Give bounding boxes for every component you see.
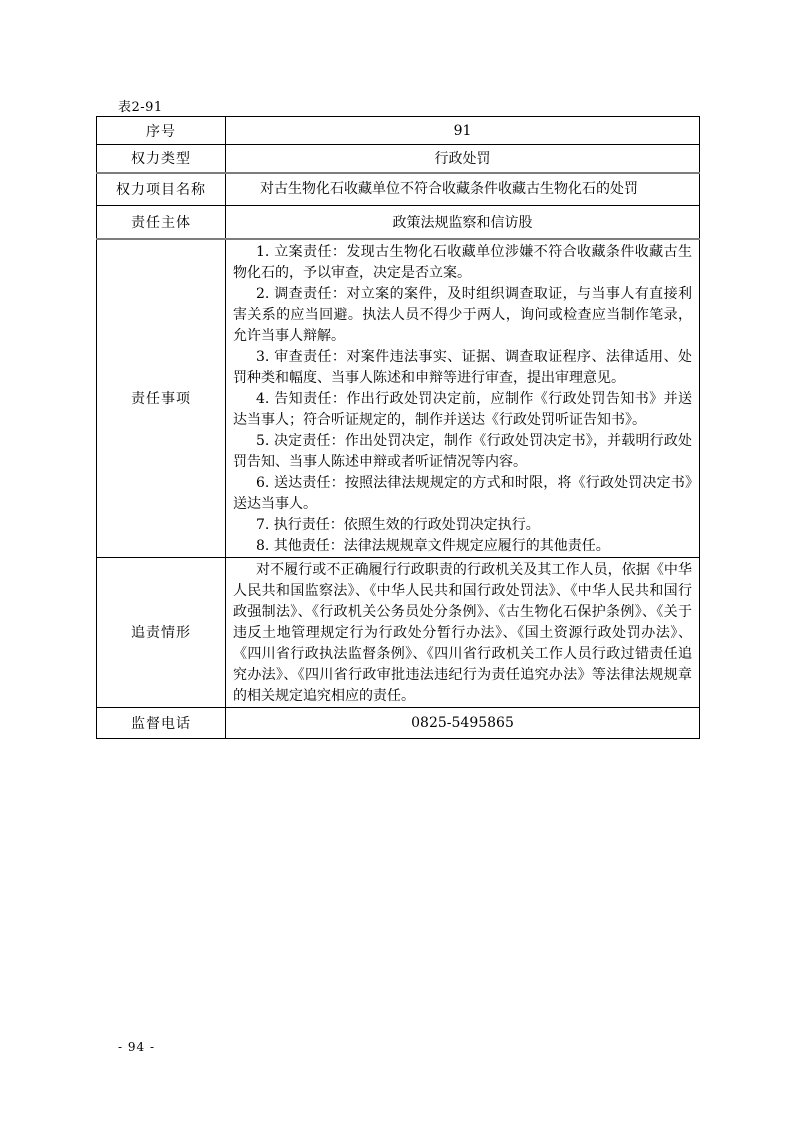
table-row-accountability: 追责情形 对不履行或不正确履行行政职责的行政机关及其工作人员，依据《中华人民共和… [97,557,700,707]
row-label-power-type: 权力类型 [97,145,226,173]
row-value-responsible-entity: 政策法规监察和信访股 [226,206,700,239]
row-label-serial-number: 序号 [97,117,226,145]
row-value-power-type: 行政处罚 [226,145,700,173]
power-item-name-text: 对古生物化石收藏单位不符合收藏条件收藏古生物化石的处罚 [233,180,692,199]
page-number: - 94 - [118,1040,155,1054]
row-label-supervision-phone: 监督电话 [97,707,226,738]
table-row-power-type: 权力类型 行政处罚 [97,145,700,173]
table-row-supervision-phone: 监督电话 0825-5495865 [97,707,700,738]
responsibility-item-8: 8. 其他责任：法律法规规章文件规定应履行的其他责任。 [233,536,692,557]
table-caption: 表2-91 [118,96,163,115]
table-row-responsibility-items: 责任事项 1. 立案责任：发现古生物化石收藏单位涉嫌不符合收藏条件收藏古生物化石… [97,239,700,558]
responsibility-item-1: 1. 立案责任：发现古生物化石收藏单位涉嫌不符合收藏条件收藏古生物化石的，予以审… [233,242,692,284]
responsibility-item-6: 6. 送达责任：按照法律法规规定的方式和时限，将《行政处罚决定书》送达当事人。 [233,473,692,515]
responsibility-item-7: 7. 执行责任：依照生效的行政处罚决定执行。 [233,515,692,536]
row-value-supervision-phone: 0825-5495865 [226,707,700,738]
row-value-accountability: 对不履行或不正确履行行政职责的行政机关及其工作人员，依据《中华人民共和国监察法》… [226,557,700,707]
responsibility-item-3: 3. 审查责任：对案件违法事实、证据、调查取证程序、法律适用、处罚种类和幅度、当… [233,347,692,389]
document-page: 表2-91 序号 91 权力类型 行政处罚 权力项目名称 对古生物化石收藏单位不… [0,0,793,1122]
table-row-responsible-entity: 责任主体 政策法规监察和信访股 [97,206,700,239]
responsibility-item-2: 2. 调查责任：对立案的案件，及时组织调查取证，与当事人有直接利害关系的应当回避… [233,284,692,347]
row-value-power-item-name: 对古生物化石收藏单位不符合收藏条件收藏古生物化石的处罚 [226,173,700,206]
responsibility-item-5: 5. 决定责任：作出处罚决定，制作《行政处罚决定书》，并载明行政处罚告知、当事人… [233,431,692,473]
row-label-responsibility-items: 责任事项 [97,239,226,558]
responsibility-table: 序号 91 权力类型 行政处罚 权力项目名称 对古生物化石收藏单位不符合收藏条件… [96,116,700,739]
row-label-accountability: 追责情形 [97,557,226,707]
row-value-serial-number: 91 [226,117,700,145]
responsibility-item-4: 4. 告知责任：作出行政处罚决定前，应制作《行政处罚告知书》并送达当事人；符合听… [233,389,692,431]
row-label-responsible-entity: 责任主体 [97,206,226,239]
table-row-serial-number: 序号 91 [97,117,700,145]
row-label-power-item-name: 权力项目名称 [97,173,226,206]
table-row-power-item-name: 权力项目名称 对古生物化石收藏单位不符合收藏条件收藏古生物化石的处罚 [97,173,700,206]
row-value-responsibility-items: 1. 立案责任：发现古生物化石收藏单位涉嫌不符合收藏条件收藏古生物化石的，予以审… [226,239,700,558]
accountability-text: 对不履行或不正确履行行政职责的行政机关及其工作人员，依据《中华人民共和国监察法》… [233,560,692,707]
